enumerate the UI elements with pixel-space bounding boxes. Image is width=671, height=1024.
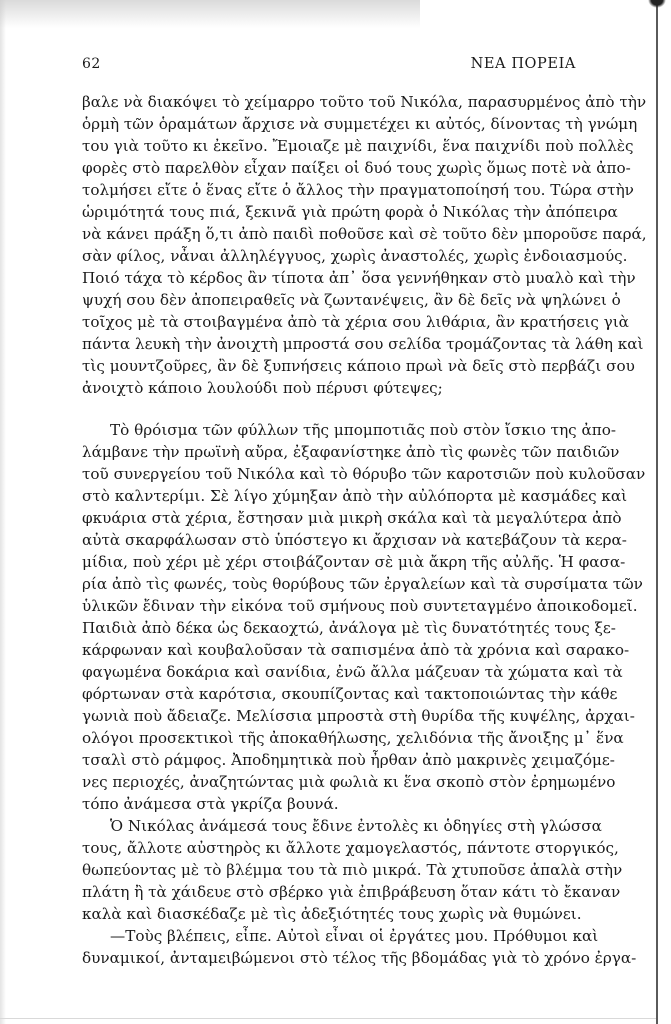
text-line: Τὸ θρόισμα τῶν φύλλων τῆς μπομποτιᾶς ποὺ… (110, 420, 576, 440)
text-line: ὁρμὴ τῶν ὁραμάτων ἄρχισε νὰ συμμετέχει κ… (82, 114, 576, 134)
text-line: Ὁ Νικόλας ἀνάμεσά τους ἔδινε ἐντολὲς κι … (110, 816, 576, 836)
text-line: Παιδιὰ ἀπὸ δέκα ὡς δεκαοχτώ, ἀνάλογα μὲ … (82, 618, 576, 638)
text-line: μίδια, ποὺ χέρι μὲ χέρι στοιβάζονταν σὲ … (82, 552, 576, 572)
text-line: φκυάρια στὰ χέρια, ἔστησαν μιὰ μικρὴ σκά… (82, 508, 576, 528)
text-line: τοῦ συνεργείου τοῦ Νικόλα καὶ τὸ θόρυβο … (82, 464, 576, 484)
text-line: φορὲς στὸ παρελθὸν εἶχαν παίξει οἱ δυό τ… (82, 158, 576, 178)
page-bottom-edge (0, 1018, 656, 1019)
book-spine-edge (656, 0, 658, 1024)
text-line: του γιὰ τοῦτο κι ἐκεῖνο. Ἔμοιαζε μὲ παιχ… (82, 136, 576, 156)
text-line: ὡριμότητά τους πιά, ξεκινᾶ γιὰ πρώτη φορ… (82, 202, 576, 222)
text-line: κάρφωναν καὶ κουβαλοῦσαν τὰ σαπισμένα ἀπ… (82, 640, 576, 660)
text-line: ὑλικῶν ἔδιναν τὴν εἰκόνα τοῦ σμήνους ποὺ… (82, 596, 576, 616)
text-line: αὐτὰ σκαρφάλωσαν στὸ ὑπόστεγο κι ἄρχισαν… (82, 530, 576, 550)
scan-shadow (0, 0, 420, 28)
text-line: τσαλὶ στὸ ράμφος. Ἀποδημητικὰ ποὺ ἦρθαν … (82, 750, 576, 770)
text-line: πλάτη ἢ τὰ χάιδευε στὸ σβέρκο γιὰ ἐπιβρά… (82, 882, 576, 902)
book-spine-edge-top (648, 0, 666, 8)
text-line: τόπο ἀνάμεσα στὰ γκρίζα βουνά. (82, 794, 576, 814)
text-line: νὰ κάνει πράξη ὅ,τι ἀπὸ παιδὶ ποθοῦσε κα… (82, 224, 576, 244)
text-line: —Τοὺς βλέπεις, εἶπε. Αὐτοὶ εἶναι οἱ ἐργά… (110, 926, 576, 946)
text-line: στὸ καλντερίμι. Σὲ λίγο χύμηξαν ἀπὸ τὴν … (82, 486, 576, 506)
text-line: πάντα λευκὴ τὴν ἀνοιχτὴ μπροστά σου σελί… (82, 334, 576, 354)
text-line: βαλε νὰ διακόψει τὸ χείμαρρο τοῦτο τοῦ Ν… (82, 92, 576, 112)
text-line: φόρτωναν στὰ καρότσια, σκουπίζοντας καὶ … (82, 684, 576, 704)
text-line: καλὰ καὶ διασκέδαζε μὲ τὶς ἀδεξιότητές τ… (82, 904, 576, 924)
text-line: τοῖχος μὲ τὰ στοιβαγμένα ἀπὸ τὰ χέρια σο… (82, 312, 576, 332)
text-line: τολμήσει εἴτε ὁ ἕνας εἴτε ὁ ἄλλος τὴν πρ… (82, 180, 576, 200)
text-line: νες περιοχές, ἀναζητώντας μιὰ φωλιὰ κι ἕ… (82, 772, 576, 792)
running-title: ΝΕΑ ΠΟΡΕΙΑ (471, 56, 576, 72)
text-line: ολόγοι προσεκτικοὶ τῆς ἀποκαθήλωσης, χελ… (82, 728, 576, 748)
text-line: λάμβανε τὴν πρωϊνὴ αὔρα, ἐξαφανίστηκε ἀπ… (82, 442, 576, 462)
text-line: φαγωμένα δοκάρια καὶ σανίδια, ἐνῶ ἄλλα μ… (82, 662, 576, 682)
running-header: 62 ΝΕΑ ΠΟΡΕΙΑ (82, 56, 576, 78)
text-line: ἀνοιχτὸ κάποιο λουλούδι ποὺ πέρυσι φύτεψ… (82, 378, 576, 398)
text-line: θωπεύοντας μὲ τὸ βλέμμα του τὰ πιὸ μικρά… (82, 860, 576, 880)
text-line: τὶς μουντζοῦρες, ἂν δὲ ξυπνήσεις κάποιο … (82, 356, 576, 376)
text-line: Ποιό τάχα τὸ κέρδος ἂν τίποτα ἀπ᾿ ὅσα γε… (82, 268, 576, 288)
text-line: ψυχή σου δὲν ἀποπειραθεῖς νὰ ζωντανέψεις… (82, 290, 576, 310)
text-line: τους, ἄλλοτε αὐστηρὸς κι ἄλλοτε χαμογελα… (82, 838, 576, 858)
scan-shadow-left (0, 0, 6, 1024)
text-line: ρία ἀπὸ τὶς φωνές, τοὺς θορύβους τῶν ἐργ… (82, 574, 576, 594)
text-line: δυναμικοί, ἀνταμειβώμενοι στὸ τέλος τῆς … (82, 948, 576, 968)
text-line: γωνιὰ ποὺ ἄδειαζε. Μελίσσια μπροστὰ στὴ … (82, 706, 576, 726)
text-line: σὰν φίλος, νἆναι ἀλληλέγγυος, χωρὶς ἀνασ… (82, 246, 576, 266)
page-number: 62 (82, 56, 101, 72)
